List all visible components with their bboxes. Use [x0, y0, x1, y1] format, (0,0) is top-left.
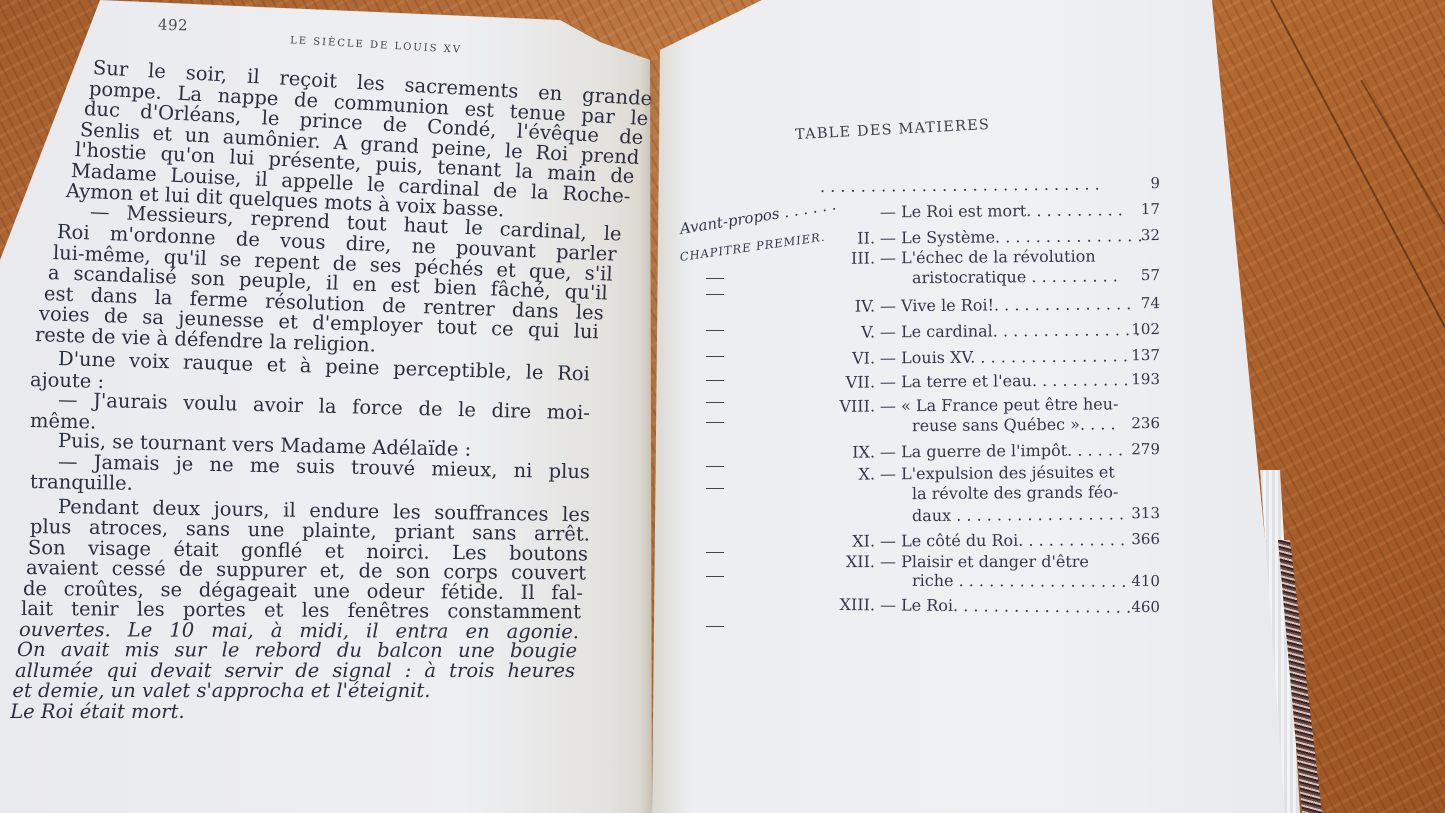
page-ref: 313 [1110, 504, 1160, 522]
chapter-title: — Le côté du Roi. . . . . . . . . . . [880, 530, 1125, 550]
chapter-title: — « La France peut être heu- [880, 394, 1119, 415]
chapter-number: X. [775, 464, 875, 484]
chapter-title: — L'expulsion des jésuites et [880, 462, 1115, 483]
page-ref: 279 [1110, 440, 1160, 458]
page-ref: 74 [1110, 294, 1160, 312]
chapter-title: la révolte des grands féo- [912, 482, 1119, 503]
text-line: — Jamais je ne me suis trouvé mieux, ni … [58, 452, 590, 483]
ditto-dash [706, 402, 724, 403]
chapter-title: — Le Système. . . . . . . . . . . . . . … [880, 226, 1143, 247]
chapter-title: — Plaisir et danger d'être [880, 552, 1089, 571]
chapter-number: XI. [775, 531, 875, 551]
chapter-number: VIII. [775, 396, 875, 416]
chapter-number [775, 506, 875, 507]
floor-seam [1360, 80, 1445, 601]
running-head: LE SIÈCLE DE LOUIS XV [290, 35, 462, 56]
chapter-title: — La guerre de l'impôt. . . . . . [880, 440, 1123, 461]
chapter-number [775, 416, 875, 417]
toc-entry: V.— Le cardinal. . . . . . . . . . . . .… [680, 320, 1160, 346]
ditto-dash [706, 626, 724, 627]
ditto-dash [706, 466, 724, 467]
page-ref: 17 [1110, 200, 1160, 218]
page-number: 492 [158, 15, 189, 34]
chapter-title: — Le Roi. . . . . . . . . . . . . . . . … [880, 595, 1131, 616]
chapter-number [775, 484, 875, 485]
ditto-dash [706, 356, 724, 357]
chapter-title: — Le Roi est mort. . . . . . . . . . [880, 200, 1123, 221]
page-ref: 193 [1110, 370, 1160, 388]
ditto-dash [706, 576, 724, 577]
page-ref: 236 [1110, 414, 1160, 432]
chapter-title: — La terre et l'eau. . . . . . . . . . [880, 370, 1129, 391]
toc-entry: aristocratique . . . . . . . . .57 [680, 266, 1160, 292]
page-ref: 137 [1110, 346, 1160, 364]
text-line: Le Roi était mort. [10, 702, 184, 723]
page-ref: 460 [1110, 598, 1160, 616]
ditto-dash [706, 330, 724, 331]
chapter-title: — Le cardinal. . . . . . . . . . . . . .… [880, 320, 1140, 341]
toc-entry: reuse sans Québec ». . . .236 [680, 414, 1160, 440]
chapter-title: aristocratique . . . . . . . . . [912, 266, 1118, 287]
toc-entry: XIII.— Le Roi. . . . . . . . . . . . . .… [680, 593, 1160, 620]
toc-entry: riche . . . . . . . . . . . . . . . . .4… [680, 570, 1160, 594]
text-line: — J'aurais voulu avoir la force de le di… [58, 390, 590, 424]
toc-entry: IV.— Vive le Roi!. . . . . . . . . . . .… [680, 294, 1160, 320]
chapter-title: — Louis XV. . . . . . . . . . . . . . . … [880, 346, 1128, 367]
page-ref: 57 [1110, 266, 1160, 284]
page-ref: 9 [1110, 174, 1160, 192]
chapter-number: XIII. [775, 594, 875, 614]
ditto-dash [706, 488, 724, 489]
chapter-number: VII. [775, 372, 875, 392]
toc-entry: daux . . . . . . . . . . . . . . . . .31… [680, 504, 1160, 530]
chapter-number: XII. [775, 552, 875, 571]
chapter-title: — Vive le Roi!. . . . . . . . . . . . . … [880, 294, 1131, 315]
left-page-content: 492 LE SIÈCLE DE LOUIS XV Sur le soir, i… [0, 0, 660, 813]
chapter-title: . . . . . . . . . . . . . . . . . . . . … [820, 175, 1100, 196]
chapter-title: — L'échec de la révolution [880, 247, 1096, 268]
chapter-number: VI. [775, 348, 875, 368]
text-line: tranquille. [30, 472, 133, 494]
ditto-dash [706, 294, 724, 295]
page-ref: 410 [1110, 572, 1160, 590]
toc-entry: VI.— Louis XV. . . . . . . . . . . . . .… [680, 346, 1160, 372]
chapter-title: reuse sans Québec ». . . . [912, 414, 1116, 435]
chapter-number: IV. [775, 296, 875, 316]
chapter-title: riche . . . . . . . . . . . . . . . . . [912, 571, 1127, 591]
toc-entry: . . . . . . . . . . . . . . . . . . . . … [680, 174, 1160, 200]
ditto-dash [706, 380, 724, 381]
text-line: allumée qui devait servir de signal : à … [15, 661, 575, 682]
ditto-dash [706, 422, 724, 423]
chapter-number [775, 268, 875, 269]
chapter-number: V. [775, 322, 875, 342]
toc-entry: VII.— La terre et l'eau. . . . . . . . .… [680, 370, 1160, 396]
text-line: D'une voix rauque et à peine perceptible… [58, 349, 590, 385]
ditto-dash [706, 552, 724, 553]
text-line: et demie, un valet s'approcha et l'éteig… [12, 681, 430, 702]
ditto-dash [706, 278, 724, 279]
chapter-number: III. [775, 248, 875, 268]
page-ref: 366 [1110, 530, 1160, 548]
toc-entry: XI.— Le côté du Roi. . . . . . . . . . .… [680, 530, 1160, 555]
page-ref: 32 [1110, 226, 1160, 244]
chapter-number: IX. [775, 442, 875, 462]
page-ref: 102 [1110, 320, 1160, 338]
chapter-title: daux . . . . . . . . . . . . . . . . . [912, 504, 1124, 525]
